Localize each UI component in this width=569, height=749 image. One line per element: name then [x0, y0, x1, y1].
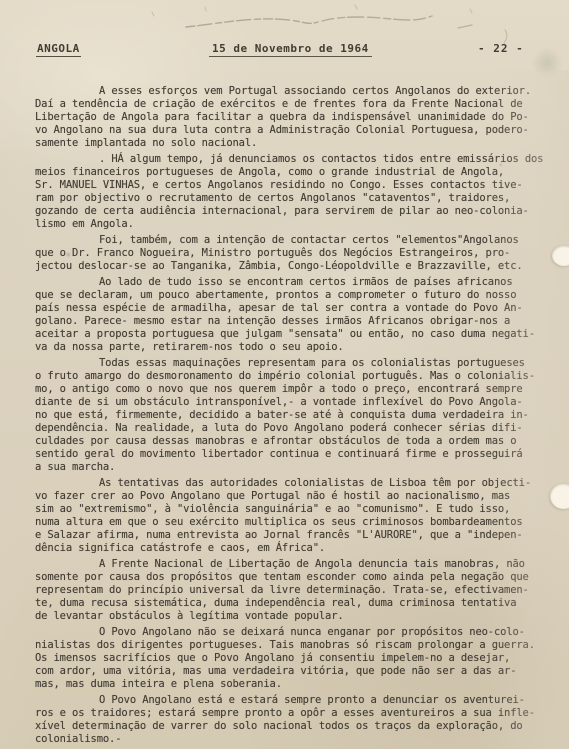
- text-line: vo fazer crer ao Povo Angolano que Portu…: [35, 490, 555, 503]
- scanned-document: ANGOLA 15 de Novembro de 1964 - 22 - A e…: [0, 0, 569, 749]
- text-line: va da nossa parte, retirarem-nos todo o …: [35, 341, 555, 354]
- text-line: dência significa catástrofe e caos, em Á…: [35, 542, 555, 555]
- paragraph: . HÁ algum tempo, já denunciamos os cont…: [35, 153, 555, 231]
- paragraph: Foi, também, com a intenção de contactar…: [35, 234, 555, 273]
- text-line: dependência. Na realidade, a luta do Pov…: [35, 422, 555, 435]
- paragraph: O Povo Angolano não se deixará nunca eng…: [35, 626, 555, 691]
- header-date: 15 de Novembro de 1964: [209, 42, 372, 57]
- text-line: gozando de certa audiência internacional…: [35, 205, 555, 218]
- text-line: sentido geral do movimento libertador co…: [35, 448, 555, 461]
- text-line: a sua marcha.: [35, 461, 555, 474]
- text-line: . HÁ algum tempo, já denunciamos os cont…: [35, 153, 555, 166]
- text-line: país nessa espécie de armadilha, apesar …: [35, 302, 555, 315]
- text-line: que o Dr. Franco Nogueira, Ministro port…: [35, 247, 555, 260]
- text-line: o fruto amargo do desmoronamento do impé…: [35, 370, 555, 383]
- text-line: samente implantada no solo nacional.: [35, 137, 555, 150]
- text-line: ram por objectivo o recrutamento de cert…: [35, 192, 555, 205]
- text-line: no que está, firmemente, decidido a bate…: [35, 409, 555, 422]
- text-line: com ardor, uma vitória, mas uma verdadei…: [35, 665, 555, 678]
- paragraph: Todas essas maquinações representam para…: [35, 357, 555, 474]
- text-line: Libertação de Angola para facilitar a qu…: [35, 111, 555, 124]
- paragraph: As tentativas das autoridades colonialis…: [35, 477, 555, 555]
- header-region-title: ANGOLA: [36, 42, 81, 57]
- text-line: golano. Parece- mesmo estar na intenção …: [35, 315, 555, 328]
- hole-punch-top: [552, 245, 569, 266]
- paragraph: A esses esforços vem Portugal associando…: [35, 85, 555, 150]
- text-line: te, duma recusa sistemática, duma indepe…: [35, 597, 555, 610]
- text-line: colonialismo.-: [35, 733, 555, 746]
- text-line: numa altura em que o seu exército multip…: [35, 516, 555, 529]
- text-line: xível determinação de varrer do solo nac…: [35, 720, 555, 733]
- text-line: lismo em Angola.: [35, 218, 555, 231]
- text-line: mo, o antigo como o novo que nos querem …: [35, 383, 555, 396]
- text-line: representam do princípio universal da li…: [35, 584, 555, 597]
- document-body: A esses esforços vem Portugal associando…: [35, 85, 555, 749]
- text-line: O Povo Angolano está e estará sempre pro…: [35, 694, 555, 707]
- text-line: mas, mas duma inteira e plena soberania.: [35, 678, 555, 691]
- text-line: Os imensos sacrifícios que o Povo Angola…: [35, 652, 555, 665]
- text-line: Foi, também, com a intenção de contactar…: [35, 234, 555, 247]
- text-line: O Povo Angolano não se deixará nunca eng…: [35, 626, 555, 639]
- text-line: A esses esforços vem Portugal associando…: [35, 85, 555, 98]
- text-line: nialistas dos dirigentes portugueses. Ta…: [35, 639, 555, 652]
- text-line: sim ao "extremismo", à "violência sangui…: [35, 503, 555, 516]
- text-line: A Frente Nacional de Libertação de Angol…: [35, 558, 555, 571]
- header-page-number: - 22 -: [478, 42, 524, 55]
- text-line: Todas essas maquinações representam para…: [35, 357, 555, 370]
- text-line: diante de si um obstáculo intransponível…: [35, 396, 555, 409]
- text-line: que se declaram, um pouco abertamente, p…: [35, 289, 555, 302]
- paragraph: Ao lado de tudo isso se encontram certos…: [35, 276, 555, 354]
- page-header: ANGOLA 15 de Novembro de 1964 - 22 -: [0, 42, 569, 57]
- text-line: culdades por causa dessas manobras e afr…: [35, 435, 555, 448]
- text-line: Ao lado de tudo isso se encontram certos…: [35, 276, 555, 289]
- text-line: Sr. MANUEL VINHAS, e certos Angolanos re…: [35, 179, 555, 192]
- text-line: de levantar obstáculos à legítima vontad…: [35, 610, 555, 623]
- text-line: somente por causa dos propósitos que ten…: [35, 571, 555, 584]
- paragraph: A Frente Nacional de Libertação de Angol…: [35, 558, 555, 623]
- text-line: jectou deslocar-se ao Tanganika, Zâmbia,…: [35, 260, 555, 273]
- text-line: ros e os traidores; estará sempre pronto…: [35, 707, 555, 720]
- text-line: aceitar a proposta portuguesa que julgam…: [35, 328, 555, 341]
- paragraph: O Povo Angolano está e estará sempre pro…: [35, 694, 555, 746]
- text-line: vo Angolano na sua dura luta contra a Ad…: [35, 124, 555, 137]
- text-line: Daí a tendência de criação de exércitos …: [35, 98, 555, 111]
- text-line: As tentativas das autoridades colonialis…: [35, 477, 555, 490]
- text-line: e Salazar afirma, numa entrevista ao Jor…: [35, 529, 555, 542]
- text-line: meios financeiros portugueses de Angola,…: [35, 166, 555, 179]
